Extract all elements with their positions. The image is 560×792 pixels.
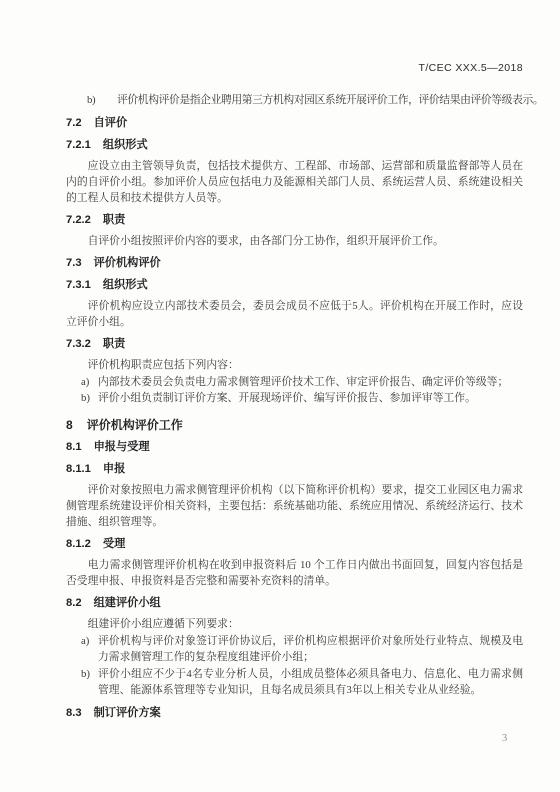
list-item-text: 评价机构评价是指企业聘用第三方机构对园区系统开展评价工作，评价结果由评价等级表示… [117,94,543,106]
heading-title: 申报 [103,463,125,475]
heading-7-2-1: 7.2.1组织形式 [66,138,523,153]
paragraph-7-2-1: 应设立由主管领导负责，包括技术提供方、工程部、市场部、运营部和质量监督部等人员在… [66,158,523,206]
heading-7-3-1: 7.3.1组织形式 [66,278,523,293]
list-item-text: 评价小组应不少于4名专业分析人员，小组成员整体必须具备电力、信息化、电力需求侧管… [98,668,523,697]
heading-7-3-2: 7.3.2职责 [66,337,523,352]
paragraph-7-3-2-intro: 评价机构职责应包括下列内容： [66,357,523,373]
paragraph-8-1-1: 评价对象按照电力需求侧管理评价机构（以下简称评价机构）要求，提交工业园区电力需求… [66,482,523,530]
heading-number: 8.1 [66,441,82,453]
heading-8-1-1: 8.1.1申报 [66,462,523,477]
heading-8-3: 8.3制订评价方案 [66,706,523,721]
paragraph-8-2-intro: 组建评价小组应遵循下列要求： [66,616,523,632]
heading-number: 8.3 [66,707,82,719]
heading-title: 组织形式 [103,279,148,291]
heading-7-2: 7.2自评价 [66,116,523,131]
heading-number: 7.2.2 [66,214,91,226]
paragraph-7-3-1: 评价机构应设立内部技术委员会，委员会成员不应低于5人。评价机构在开展工作时，应设… [66,298,523,330]
heading-title: 申报与受理 [94,441,150,453]
list-marker: b) [81,666,90,683]
heading-number: 7.3.1 [66,279,91,291]
heading-title: 组织形式 [103,139,148,151]
heading-8-2: 8.2组建评价小组 [66,596,523,611]
heading-title: 职责 [103,214,125,226]
list-item-text: 评价机构与评价对象签订评价协议后，评价机构应根据评价对象所处行业特点、规模及电力… [98,635,523,664]
heading-number: 8 [66,418,73,432]
heading-title: 职责 [103,338,125,350]
heading-number: 8.1.1 [66,463,91,475]
clause-7-1-item-b: b) 评价机构评价是指企业聘用第三方机构对园区系统开展评价工作，评价结果由评价等… [66,92,523,109]
list-marker: a) [81,633,89,650]
heading-number: 8.1.2 [66,538,91,550]
heading-7-3: 7.3评价机构评价 [66,256,523,271]
heading-7-2-2: 7.2.2职责 [66,213,523,228]
heading-title: 制订评价方案 [94,707,161,719]
list-item: a) 评价机构与评价对象签订评价协议后，评价机构应根据评价对象所处行业特点、规模… [66,633,523,666]
paragraph-8-1-2: 电力需求侧管理评价机构在收到申报资料后 10 个工作日内做出书面回复，回复内容包… [66,557,523,589]
list-item: b) 评价小组负责制订评价方案、开展现场评价、编写评价报告、参加评审等工作。 [66,390,523,407]
heading-title: 自评价 [94,117,128,129]
heading-8-1: 8.1申报与受理 [66,440,523,455]
heading-title: 评价机构评价 [94,257,161,269]
list-item-text: 评价小组负责制订评价方案、开展现场评价、编写评价报告、参加评审等工作。 [98,392,476,404]
heading-8: 8评价机构评价工作 [66,417,523,433]
document-page: T/CEC XXX.5—2018 b) 评价机构评价是指企业聘用第三方机构对园区… [0,0,560,792]
heading-8-1-2: 8.1.2受理 [66,537,523,552]
heading-number: 7.2 [66,117,82,129]
list-marker: b) [87,92,95,109]
clause-list-8-2: a) 评价机构与评价对象签订评价协议后，评价机构应根据评价对象所处行业特点、规模… [66,633,523,699]
list-item: a) 内部技术委员会负责电力需求侧管理评价技术工作、审定评价报告、确定评价等级等… [66,374,523,391]
heading-title: 受理 [103,538,125,550]
list-marker: b) [81,390,90,407]
heading-title: 组建评价小组 [94,597,161,609]
heading-number: 8.2 [66,597,82,609]
standard-number: T/CEC XXX.5—2018 [66,62,523,75]
heading-title: 评价机构评价工作 [87,418,183,432]
heading-number: 7.3.2 [66,338,91,350]
clause-list-7-3-2: a) 内部技术委员会负责电力需求侧管理评价技术工作、审定评价报告、确定评价等级等… [66,374,523,407]
page-number: 3 [502,733,507,744]
heading-number: 7.2.1 [66,139,91,151]
list-marker: a) [81,374,89,391]
list-item: b) 评价小组应不少于4名专业分析人员，小组成员整体必须具备电力、信息化、电力需… [66,666,523,699]
list-item-text: 内部技术委员会负责电力需求侧管理评价技术工作、审定评价报告、确定评价等级等； [98,376,508,388]
heading-number: 7.3 [66,257,82,269]
paragraph-7-2-2: 自评价小组按照评价内容的要求，由各部门分工协作，组织开展评价工作。 [66,233,523,249]
